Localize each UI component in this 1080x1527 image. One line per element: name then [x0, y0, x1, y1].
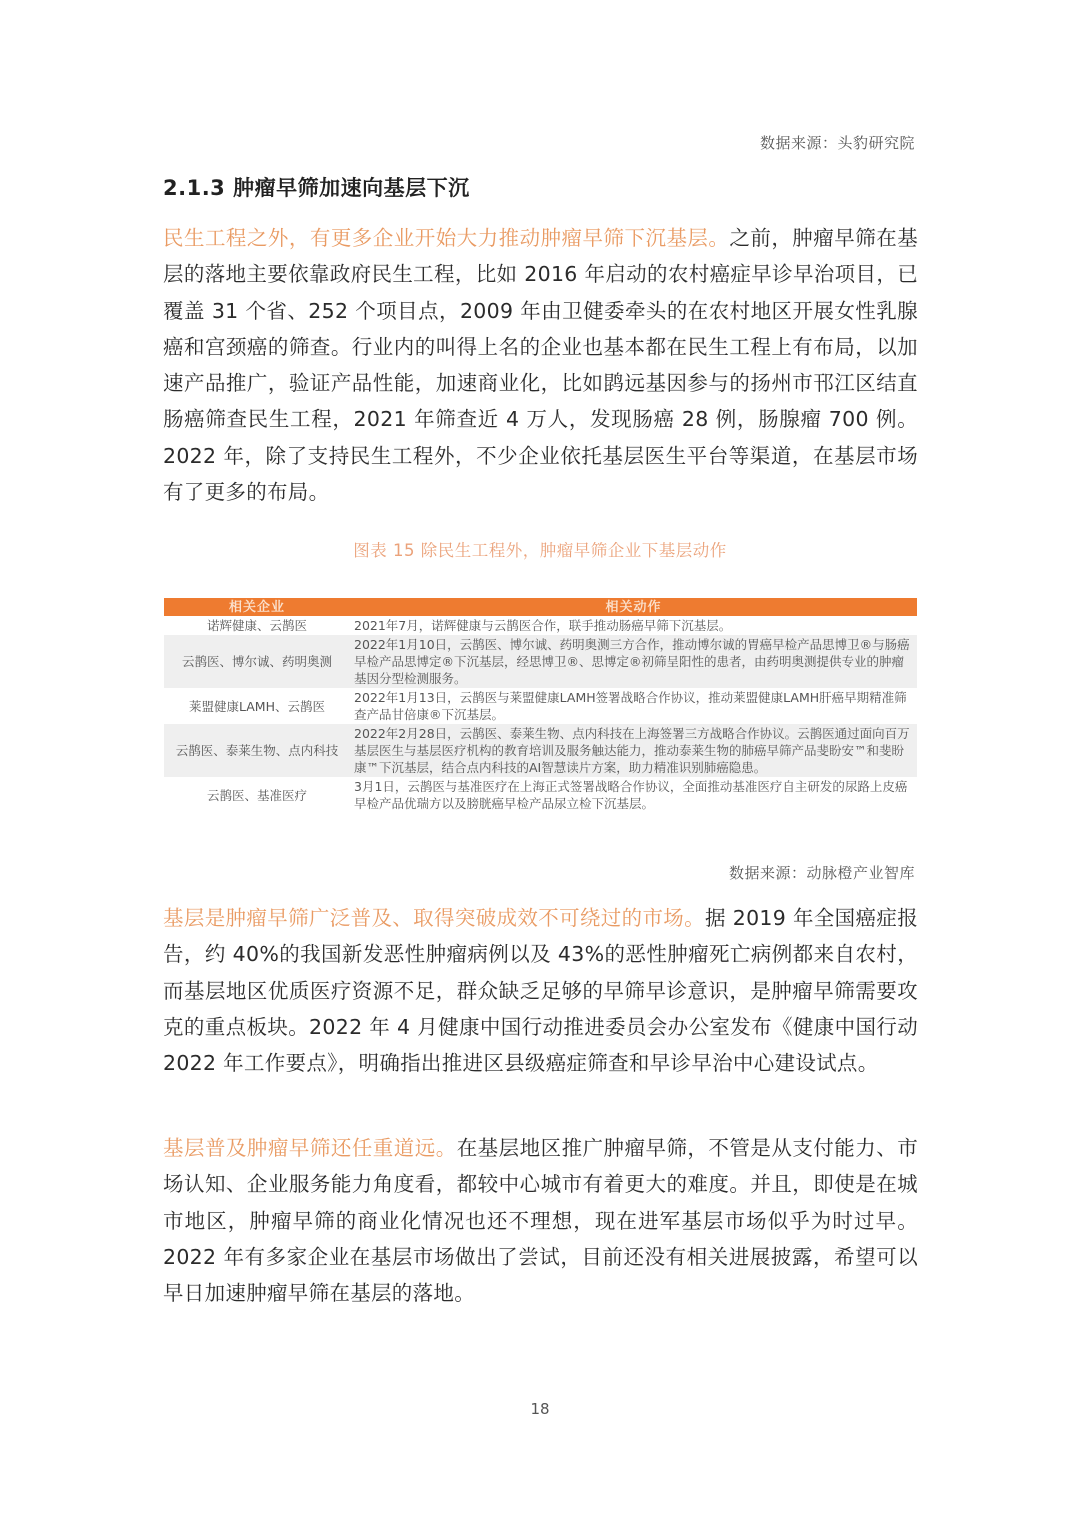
page-number: 18 — [0, 1400, 1080, 1418]
paragraph-1-body: 之前，肿瘤早筛在基层的落地主要依靠政府民生工程，比如 2016 年启动的农村癌症… — [163, 226, 918, 504]
table-row: 莱盟健康LAMH、云鹊医 2022年1月13日，云鹊医与莱盟健康LAMH签署战略… — [164, 688, 917, 724]
enterprise-actions-table: 相关企业 相关动作 诺辉健康、云鹊医 2021年7月，诺辉健康与云鹊医合作，联手… — [164, 598, 917, 813]
figure-caption: 图表 15 除民生工程外，肿瘤早筛企业下基层动作 — [0, 537, 1080, 561]
companies-cell: 云鹊医、泰莱生物、点内科技 — [164, 724, 350, 777]
paragraph-3-highlight: 基层普及肿瘤早筛还任重道远。 — [163, 1136, 457, 1160]
table-row: 云鹊医、基准医疗 3月1日，云鹊医与基准医疗在上海正式签署战略合作协议，全面推动… — [164, 777, 917, 813]
section-title: 2.1.3 肿瘤早筛加速向基层下沉 — [163, 172, 470, 202]
paragraph-2: 基层是肿瘤早筛广泛普及、取得突破成效不可绕过的市场。据 2019 年全国癌症报告… — [163, 900, 918, 1081]
action-cell: 2022年2月28日，云鹊医、泰莱生物、点内科技在上海签署三方战略合作协议。云鹊… — [350, 724, 917, 777]
header-companies: 相关企业 — [164, 598, 350, 616]
paragraph-3-body: 在基层地区推广肿瘤早筛，不管是从支付能力、市场认知、企业服务能力角度看，都较中心… — [163, 1136, 918, 1305]
companies-cell: 云鹊医、博尔诚、药明奥测 — [164, 635, 350, 688]
table-row: 云鹊医、泰莱生物、点内科技 2022年2月28日，云鹊医、泰莱生物、点内科技在上… — [164, 724, 917, 777]
companies-cell: 云鹊医、基准医疗 — [164, 777, 350, 813]
companies-cell: 诺辉健康、云鹊医 — [164, 616, 350, 635]
paragraph-1: 民生工程之外，有更多企业开始大力推动肿瘤早筛下沉基层。之前，肿瘤早筛在基层的落地… — [163, 220, 918, 510]
paragraph-1-highlight: 民生工程之外，有更多企业开始大力推动肿瘤早筛下沉基层。 — [163, 226, 729, 250]
table-row: 云鹊医、博尔诚、药明奥测 2022年1月10日，云鹊医、博尔诚、药明奥测三方合作… — [164, 635, 917, 688]
action-cell: 2022年1月13日，云鹊医与莱盟健康LAMH签署战略合作协议，推动莱盟健康LA… — [350, 688, 917, 724]
action-cell: 3月1日，云鹊医与基准医疗在上海正式签署战略合作协议，全面推动基准医疗自主研发的… — [350, 777, 917, 813]
paragraph-2-highlight: 基层是肿瘤早筛广泛普及、取得突破成效不可绕过的市场。 — [163, 906, 705, 930]
table-data-source: 数据来源：动脉橙产业智库 — [729, 862, 915, 883]
paragraph-2-body: 据 2019 年全国癌症报告，约 40%的我国新发恶性肿瘤病例以及 43%的恶性… — [163, 906, 918, 1075]
table-header-row: 相关企业 相关动作 — [164, 598, 917, 616]
header-actions: 相关动作 — [350, 598, 917, 616]
action-cell: 2022年1月10日，云鹊医、博尔诚、药明奥测三方合作，推动博尔诚的胃癌早检产品… — [350, 635, 917, 688]
action-cell: 2021年7月，诺辉健康与云鹊医合作，联手推动肠癌早筛下沉基层。 — [350, 616, 917, 635]
document-page: 数据来源：头豹研究院 2.1.3 肿瘤早筛加速向基层下沉 民生工程之外，有更多企… — [0, 0, 1080, 1527]
table-row: 诺辉健康、云鹊医 2021年7月，诺辉健康与云鹊医合作，联手推动肠癌早筛下沉基层… — [164, 616, 917, 635]
companies-cell: 莱盟健康LAMH、云鹊医 — [164, 688, 350, 724]
paragraph-3: 基层普及肿瘤早筛还任重道远。在基层地区推广肿瘤早筛，不管是从支付能力、市场认知、… — [163, 1130, 918, 1311]
top-data-source: 数据来源：头豹研究院 — [760, 132, 915, 153]
